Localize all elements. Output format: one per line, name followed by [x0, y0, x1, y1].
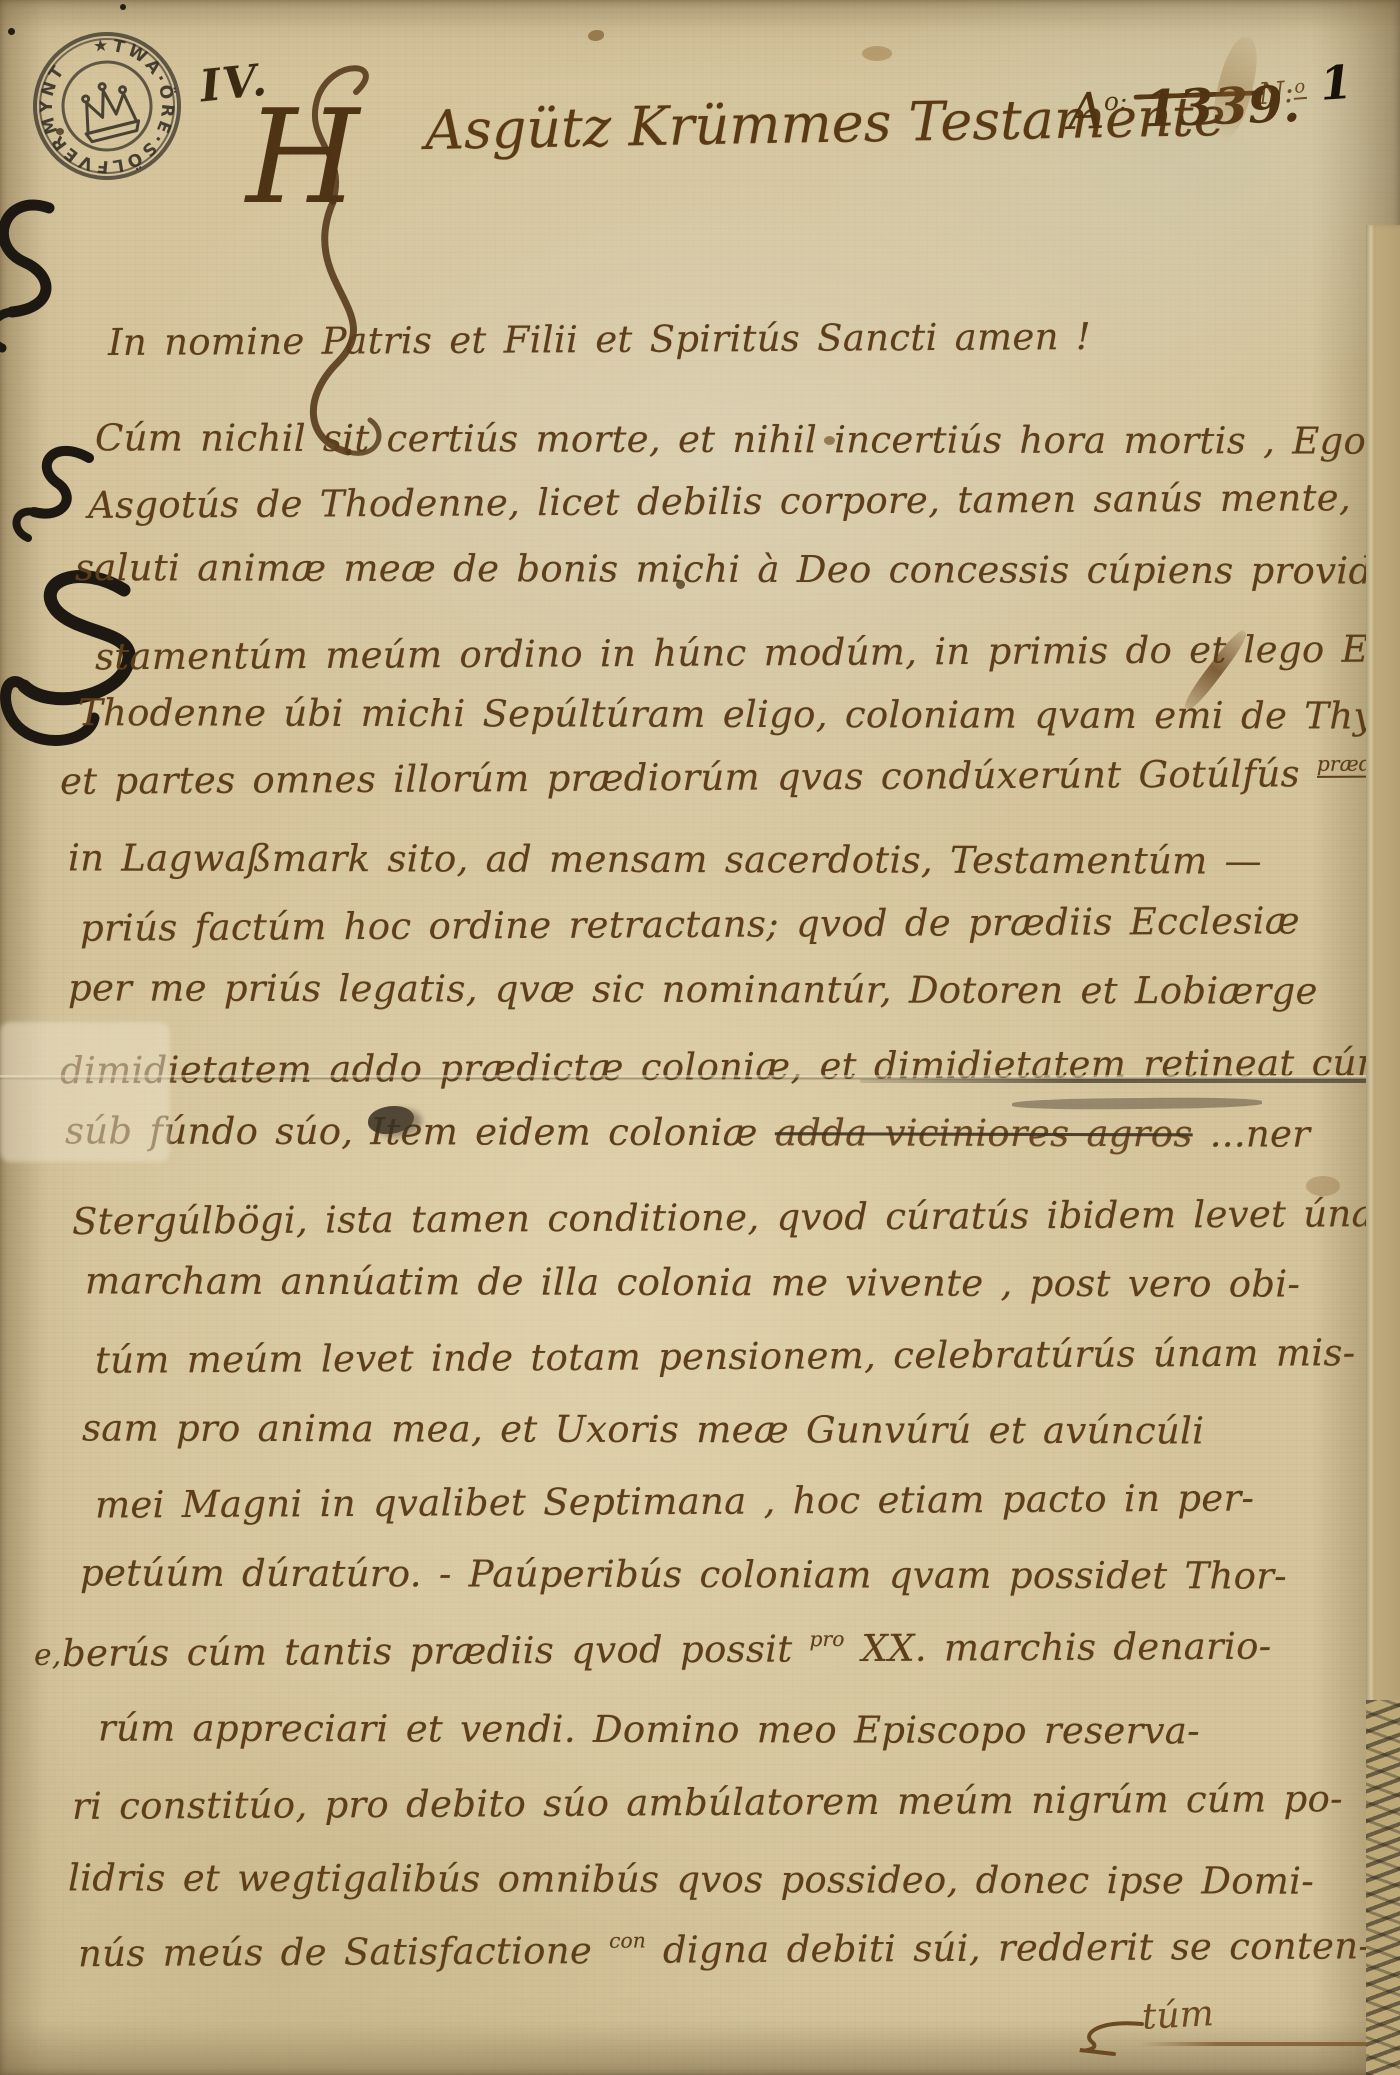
fold-crease-tear [860, 1079, 1400, 1083]
manuscript-line: stamentúm meúm ordino in húnc modúm, in … [95, 627, 1400, 679]
manuscript-line: marcham annúatim de illa colonia me vive… [85, 1259, 1300, 1305]
line-text: Cúm nichil sit certiús morte, et nihil i… [95, 416, 1366, 462]
number-value: 1 [1318, 55, 1354, 111]
manuscript-page: ★TWA·ÖRE·SÖLFVERMYNT IV. N:o1 H Asgütz K… [0, 0, 1400, 2075]
anno-year: 1339. [1143, 74, 1302, 138]
manuscript-line: Stergúlbögi, ista tamen conditione, qvod… [72, 1192, 1400, 1243]
manuscript-line: petúúm dúratúro. - Paúperibús coloniam q… [80, 1551, 1287, 1597]
underlying-page-writing [1366, 1700, 1400, 2075]
line-text: súb fúndo súo, Item eidem coloniæ [65, 1109, 775, 1154]
line-text: túm meúm levet inde totam pensionem, cel… [95, 1331, 1356, 1382]
manuscript-line: Thodenne úbi michi Sepúltúram eligo, col… [78, 691, 1400, 738]
line-text: sam pro anima mea, et Uxoris meæ Gunvúrú… [82, 1407, 1204, 1453]
monogram-letter: H [244, 81, 362, 233]
manuscript-line: In nomine Patris et Filii et Spiritús Sa… [108, 315, 1091, 364]
manuscript-line: per me priús legatis, qvæ sic nominantúr… [68, 966, 1318, 1012]
line-text: ...ner [1193, 1112, 1311, 1155]
ink-stain [862, 46, 892, 61]
line-text: stamentúm meúm ordino in húnc modúm, in … [95, 627, 1400, 679]
line-text: digna debiti súi, redderit se conten- [646, 1924, 1372, 1971]
line-text: et partes omnes illorúm prædiorúm qvas c… [60, 752, 1317, 803]
manuscript-line: túm meúm levet inde totam pensionem, cel… [95, 1331, 1356, 1382]
line-text: nús meús de Satisfactione [78, 1929, 609, 1975]
manuscript-line: priús factúm hoc ordine retractans; qvod… [80, 899, 1300, 949]
line-text: lidris et wegtigalibús omnibús qvos poss… [68, 1856, 1314, 1902]
line-text: in Lagwaßmark sito, ad mensam sacerdotis… [68, 836, 1262, 882]
title-monogram-flourish: H [238, 52, 438, 472]
margin-note: e, [34, 1638, 62, 1672]
line-text: berús cúm tantis prædiis qvod possit [62, 1627, 810, 1675]
line-text: pro [809, 1627, 844, 1651]
line-text: rúm appreciari et vendi. Domino meo Epis… [98, 1707, 1200, 1753]
line-text: In nomine Patris et Filii et Spiritús Sa… [108, 315, 1091, 364]
stamp-ring-text: ★TWA·ÖRE·SÖLFVERMYNT [22, 20, 195, 193]
line-text: dimidietatem addo prædictæ coloniæ, et d… [60, 1041, 1400, 1093]
line-text: priús factúm hoc ordine retractans; qvod… [80, 899, 1300, 949]
manuscript-line: mei Magni in qvalibet Septimana , hoc et… [95, 1476, 1255, 1526]
ink-dot [8, 28, 15, 35]
svg-text:★TWA·ÖRE·SÖLFVERMYNT: ★TWA·ÖRE·SÖLFVERMYNT [22, 20, 195, 193]
anno-label: A [1067, 82, 1105, 141]
crown-icon [75, 77, 140, 142]
ink-smear [1012, 1097, 1262, 1110]
bottom-page-edge [1140, 2042, 1400, 2046]
line-text: con [609, 1928, 646, 1952]
manuscript-line: Asgotús de Thodenne, licet debilis corpo… [88, 476, 1351, 527]
line-text: saluti animæ meæ de bonis michi à Deo co… [75, 546, 1400, 593]
manuscript-line: e,berús cúm tantis prædiis qvod possit p… [62, 1624, 1272, 1675]
ink-stain [588, 30, 604, 41]
line-text: adda viciniores agros [775, 1111, 1193, 1155]
manuscript-line: lidris et wegtigalibús omnibús qvos poss… [68, 1856, 1314, 1902]
catchword-flourish [1078, 2018, 1148, 2058]
manuscript-line: dimidietatem addo prædictæ coloniæ, et d… [60, 1041, 1400, 1093]
manuscript-line: saluti animæ meæ de bonis michi à Deo co… [75, 546, 1400, 593]
line-text: Asgotús de Thodenne, licet debilis corpo… [88, 476, 1351, 527]
catchword: túm [1141, 1993, 1215, 2038]
manuscript-line: nús meús de Satisfactione con digna debi… [78, 1924, 1371, 1975]
line-text: marcham annúatim de illa colonia me vive… [85, 1259, 1300, 1305]
line-text: Stergúlbögi, ista tamen conditione, qvod… [72, 1192, 1400, 1243]
line-text: XX. marchis denario- [844, 1625, 1271, 1671]
manuscript-line: rúm appreciari et vendi. Domino meo Epis… [98, 1707, 1200, 1753]
manuscript-line: in Lagwaßmark sito, ad mensam sacerdotis… [68, 836, 1262, 882]
line-text: Thodenne úbi michi Sepúltúram eligo, col… [78, 691, 1400, 738]
manuscript-line: Cúm nichil sit certiús morte, et nihil i… [95, 416, 1366, 462]
manuscript-line: súb fúndo súo, Item eidem coloniæ adda v… [65, 1109, 1310, 1155]
line-text: ri constitúo, pro debito súo ambúlatorem… [72, 1777, 1343, 1828]
revenue-stamp: ★TWA·ÖRE·SÖLFVERMYNT [3, 0, 211, 214]
manuscript-line: et partes omnes illorúm prædiorúm qvas c… [60, 750, 1400, 802]
line-text: per me priús legatis, qvæ sic nominantúr… [68, 966, 1318, 1012]
anno-sup: o: [1103, 86, 1127, 116]
line-text: mei Magni in qvalibet Septimana , hoc et… [95, 1476, 1255, 1526]
manuscript-line: sam pro anima mea, et Uxoris meæ Gunvúrú… [82, 1407, 1204, 1453]
line-text: petúúm dúratúro. - Paúperibús coloniam q… [80, 1551, 1287, 1597]
manuscript-line: ri constitúo, pro debito súo ambúlatorem… [72, 1777, 1343, 1828]
title-anno: Ao:1339. [1067, 74, 1301, 141]
